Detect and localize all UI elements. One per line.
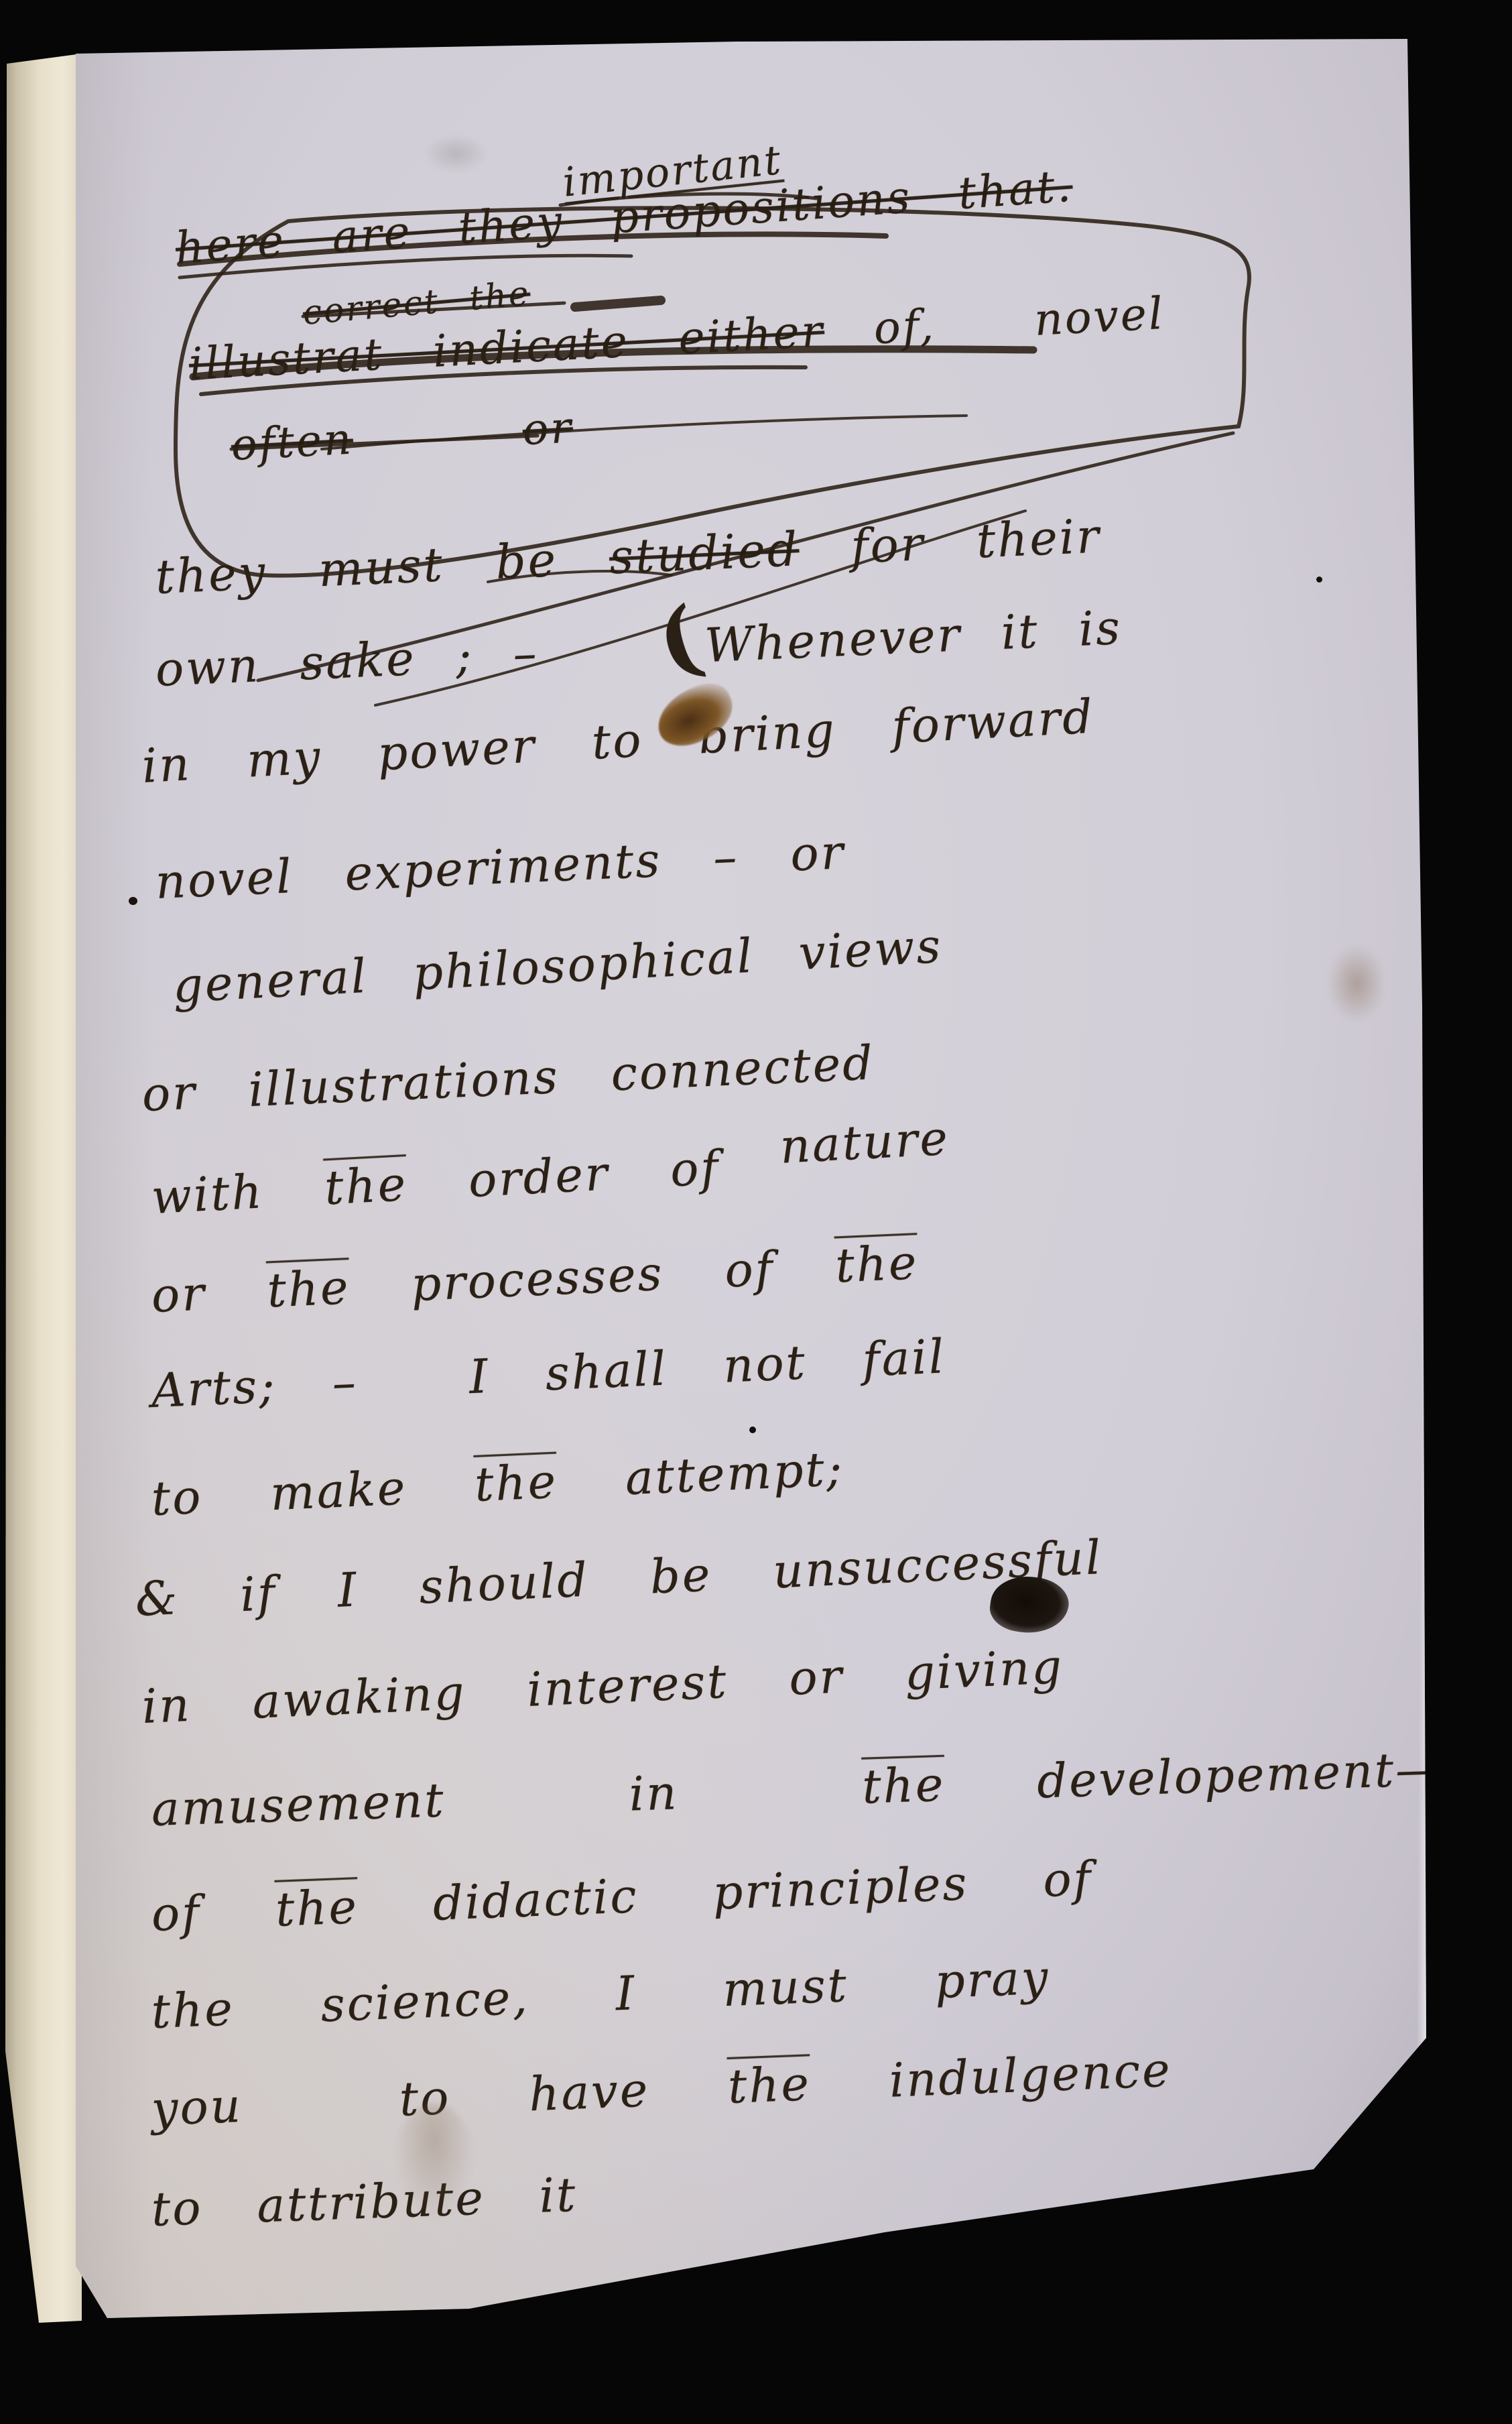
handwriting-text: they must be: [154, 530, 611, 604]
handwriting-text: general philosophical views: [172, 918, 944, 1014]
handwriting-text: nature: [779, 1111, 951, 1174]
struck-text: studied: [608, 522, 800, 585]
handwriting-text: order of: [406, 1137, 783, 1211]
body-line-16: you to have the indulgence: [150, 2043, 1172, 2136]
handwriting-text: [352, 406, 524, 464]
photo-background: { "document": { "kind": "photograph of a…: [0, 0, 1512, 2424]
ink-speck: [749, 1427, 756, 1433]
body-line-15: the science, I must pray: [150, 1950, 1050, 2039]
strike-line2-b: [575, 300, 661, 307]
handwriting-text: own sake ; –: [154, 620, 659, 697]
manuscript-page: importanthere are they propositions that…: [0, 0, 1512, 2424]
handwriting-text: or illustrations connected: [141, 1035, 875, 1122]
body-line-10: to make the attempt;: [150, 1441, 845, 1526]
handwriting-text: developement—: [944, 1741, 1445, 1811]
struck-text: illustrat indicate either: [188, 305, 826, 390]
handwriting-text: of, novel: [823, 288, 1166, 357]
body-line-6: or illustrations connected: [141, 1035, 875, 1122]
body-line-12: in awaking interest or giving: [141, 1639, 1064, 1734]
body-line-3: in my power to bring forward: [141, 689, 1096, 794]
handwriting-text: in my power to bring forward: [141, 689, 1096, 794]
faint-smudge-top: [424, 134, 488, 173]
insertion-bracket: (: [659, 634, 700, 646]
deleted-line-4: often or: [230, 403, 574, 471]
handwriting-text: you to have: [150, 2059, 729, 2136]
handwriting-text: for their: [798, 508, 1102, 577]
handwriting-text: the: [323, 1156, 409, 1215]
handwriting-text: the: [275, 1879, 360, 1937]
handwriting-text: Whenever it is: [704, 600, 1123, 673]
body-line-4: novel experiments – or: [154, 825, 846, 910]
handwriting-text: Arts; – I shall not fail: [150, 1329, 947, 1418]
handwriting-text: the science, I must pray: [150, 1950, 1050, 2039]
body-line-14: of the didactic principles of: [150, 1851, 1093, 1942]
handwriting-text: to attribute it: [151, 2167, 578, 2237]
body-line-1: they must be studied for their: [154, 508, 1102, 605]
body-line-7: with the order of nature: [150, 1128, 952, 1225]
brown-stain: [1327, 944, 1386, 1023]
struck-text: often: [230, 415, 355, 471]
body-line-5: general philosophical views: [172, 918, 944, 1014]
handwriting-text: the: [727, 2056, 812, 2114]
handwriting-text: attempt;: [556, 1441, 845, 1509]
handwriting-text: amusement in: [151, 1760, 863, 1837]
ink-speck: [129, 897, 137, 905]
handwriting-text: & if I should be unsuccessful: [134, 1530, 1104, 1627]
handwriting-text: the: [861, 1757, 946, 1815]
handwriting-text: the: [473, 1454, 558, 1512]
body-line-17: to attribute it: [151, 2167, 578, 2237]
handwriting-text: indulgence: [810, 2043, 1173, 2112]
handwriting-text: the: [834, 1235, 920, 1293]
grey-smudge: [1269, 2144, 1448, 2293]
ink-speck: [1316, 577, 1322, 583]
struck-text: or: [521, 403, 574, 455]
handwriting-text: didactic principles of: [357, 1851, 1094, 1934]
body-line-8: or the processes of the: [150, 1235, 920, 1323]
body-line-13: amusement in the developement—: [151, 1741, 1446, 1837]
handwriting-text: in awaking interest or giving: [141, 1639, 1064, 1734]
handwriting-text: with: [150, 1161, 326, 1225]
handwriting-text: to make: [150, 1457, 476, 1526]
body-line-2: own sake ; – (Whenever it is: [154, 600, 1123, 697]
handwriting-text: the: [266, 1260, 351, 1318]
handwriting-text: processes of: [349, 1238, 836, 1315]
body-line-9: Arts; – I shall not fail: [150, 1329, 947, 1418]
handwriting-text: of: [150, 1882, 276, 1942]
handwriting-text: or: [150, 1263, 268, 1323]
body-line-11: & if I should be unsuccessful: [134, 1530, 1104, 1627]
book-gutter-edge: [0, 0, 87, 2424]
handwriting-text: novel experiments – or: [154, 825, 846, 910]
